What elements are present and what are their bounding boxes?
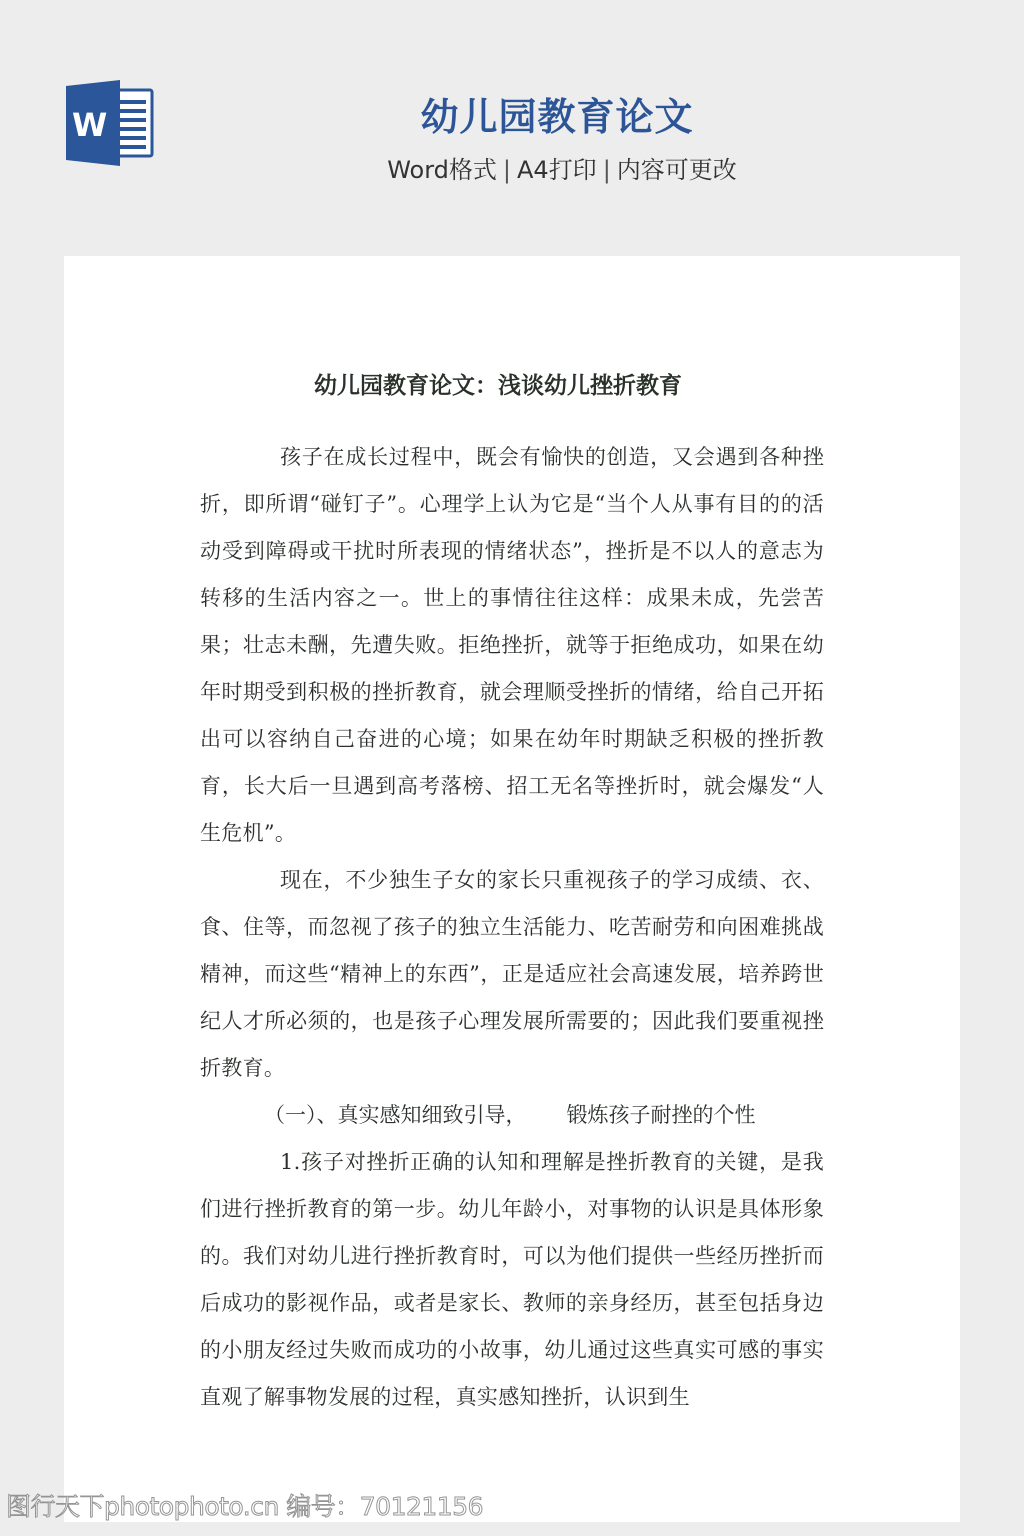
document-page: 幼儿园教育论文：浅谈幼儿挫折教育 孩子在成长过程中，既会有愉快的创造，又会遇到各…: [64, 256, 960, 1522]
subtitle-separator: |: [503, 152, 511, 188]
paragraph: 孩子在成长过程中，既会有愉快的创造，又会遇到各种挫折，即所谓“碰钉子”。心理学上…: [200, 434, 824, 857]
subtitle-format: Word格式: [387, 156, 497, 184]
document-body: 孩子在成长过程中，既会有愉快的创造，又会遇到各种挫折，即所谓“碰钉子”。心理学上…: [200, 434, 824, 1421]
subtitle-separator: |: [603, 152, 611, 188]
subtitle-print: A4打印: [517, 156, 597, 184]
paragraph: 现在，不少独生子女的家长只重视孩子的学习成绩、衣、食、住等，而忽视了孩子的独立生…: [200, 857, 824, 1092]
subtitle-editable: 内容可更改: [617, 156, 737, 184]
header-subtitle: Word格式|A4打印|内容可更改: [0, 152, 1024, 188]
header-title: 幼儿园教育论文: [0, 92, 1024, 142]
document-title: 幼儿园教育论文：浅谈幼儿挫折教育: [200, 366, 824, 406]
paragraph: 1.孩子对挫折正确的认知和理解是挫折教育的关键，是我们进行挫折教育的第一步。幼儿…: [200, 1139, 824, 1421]
watermark: 图行天下photophoto.cn 编号：70121156: [6, 1490, 483, 1524]
section-heading: （一）、真实感知细致引导， 锻炼孩子耐挫的个性: [200, 1092, 824, 1139]
